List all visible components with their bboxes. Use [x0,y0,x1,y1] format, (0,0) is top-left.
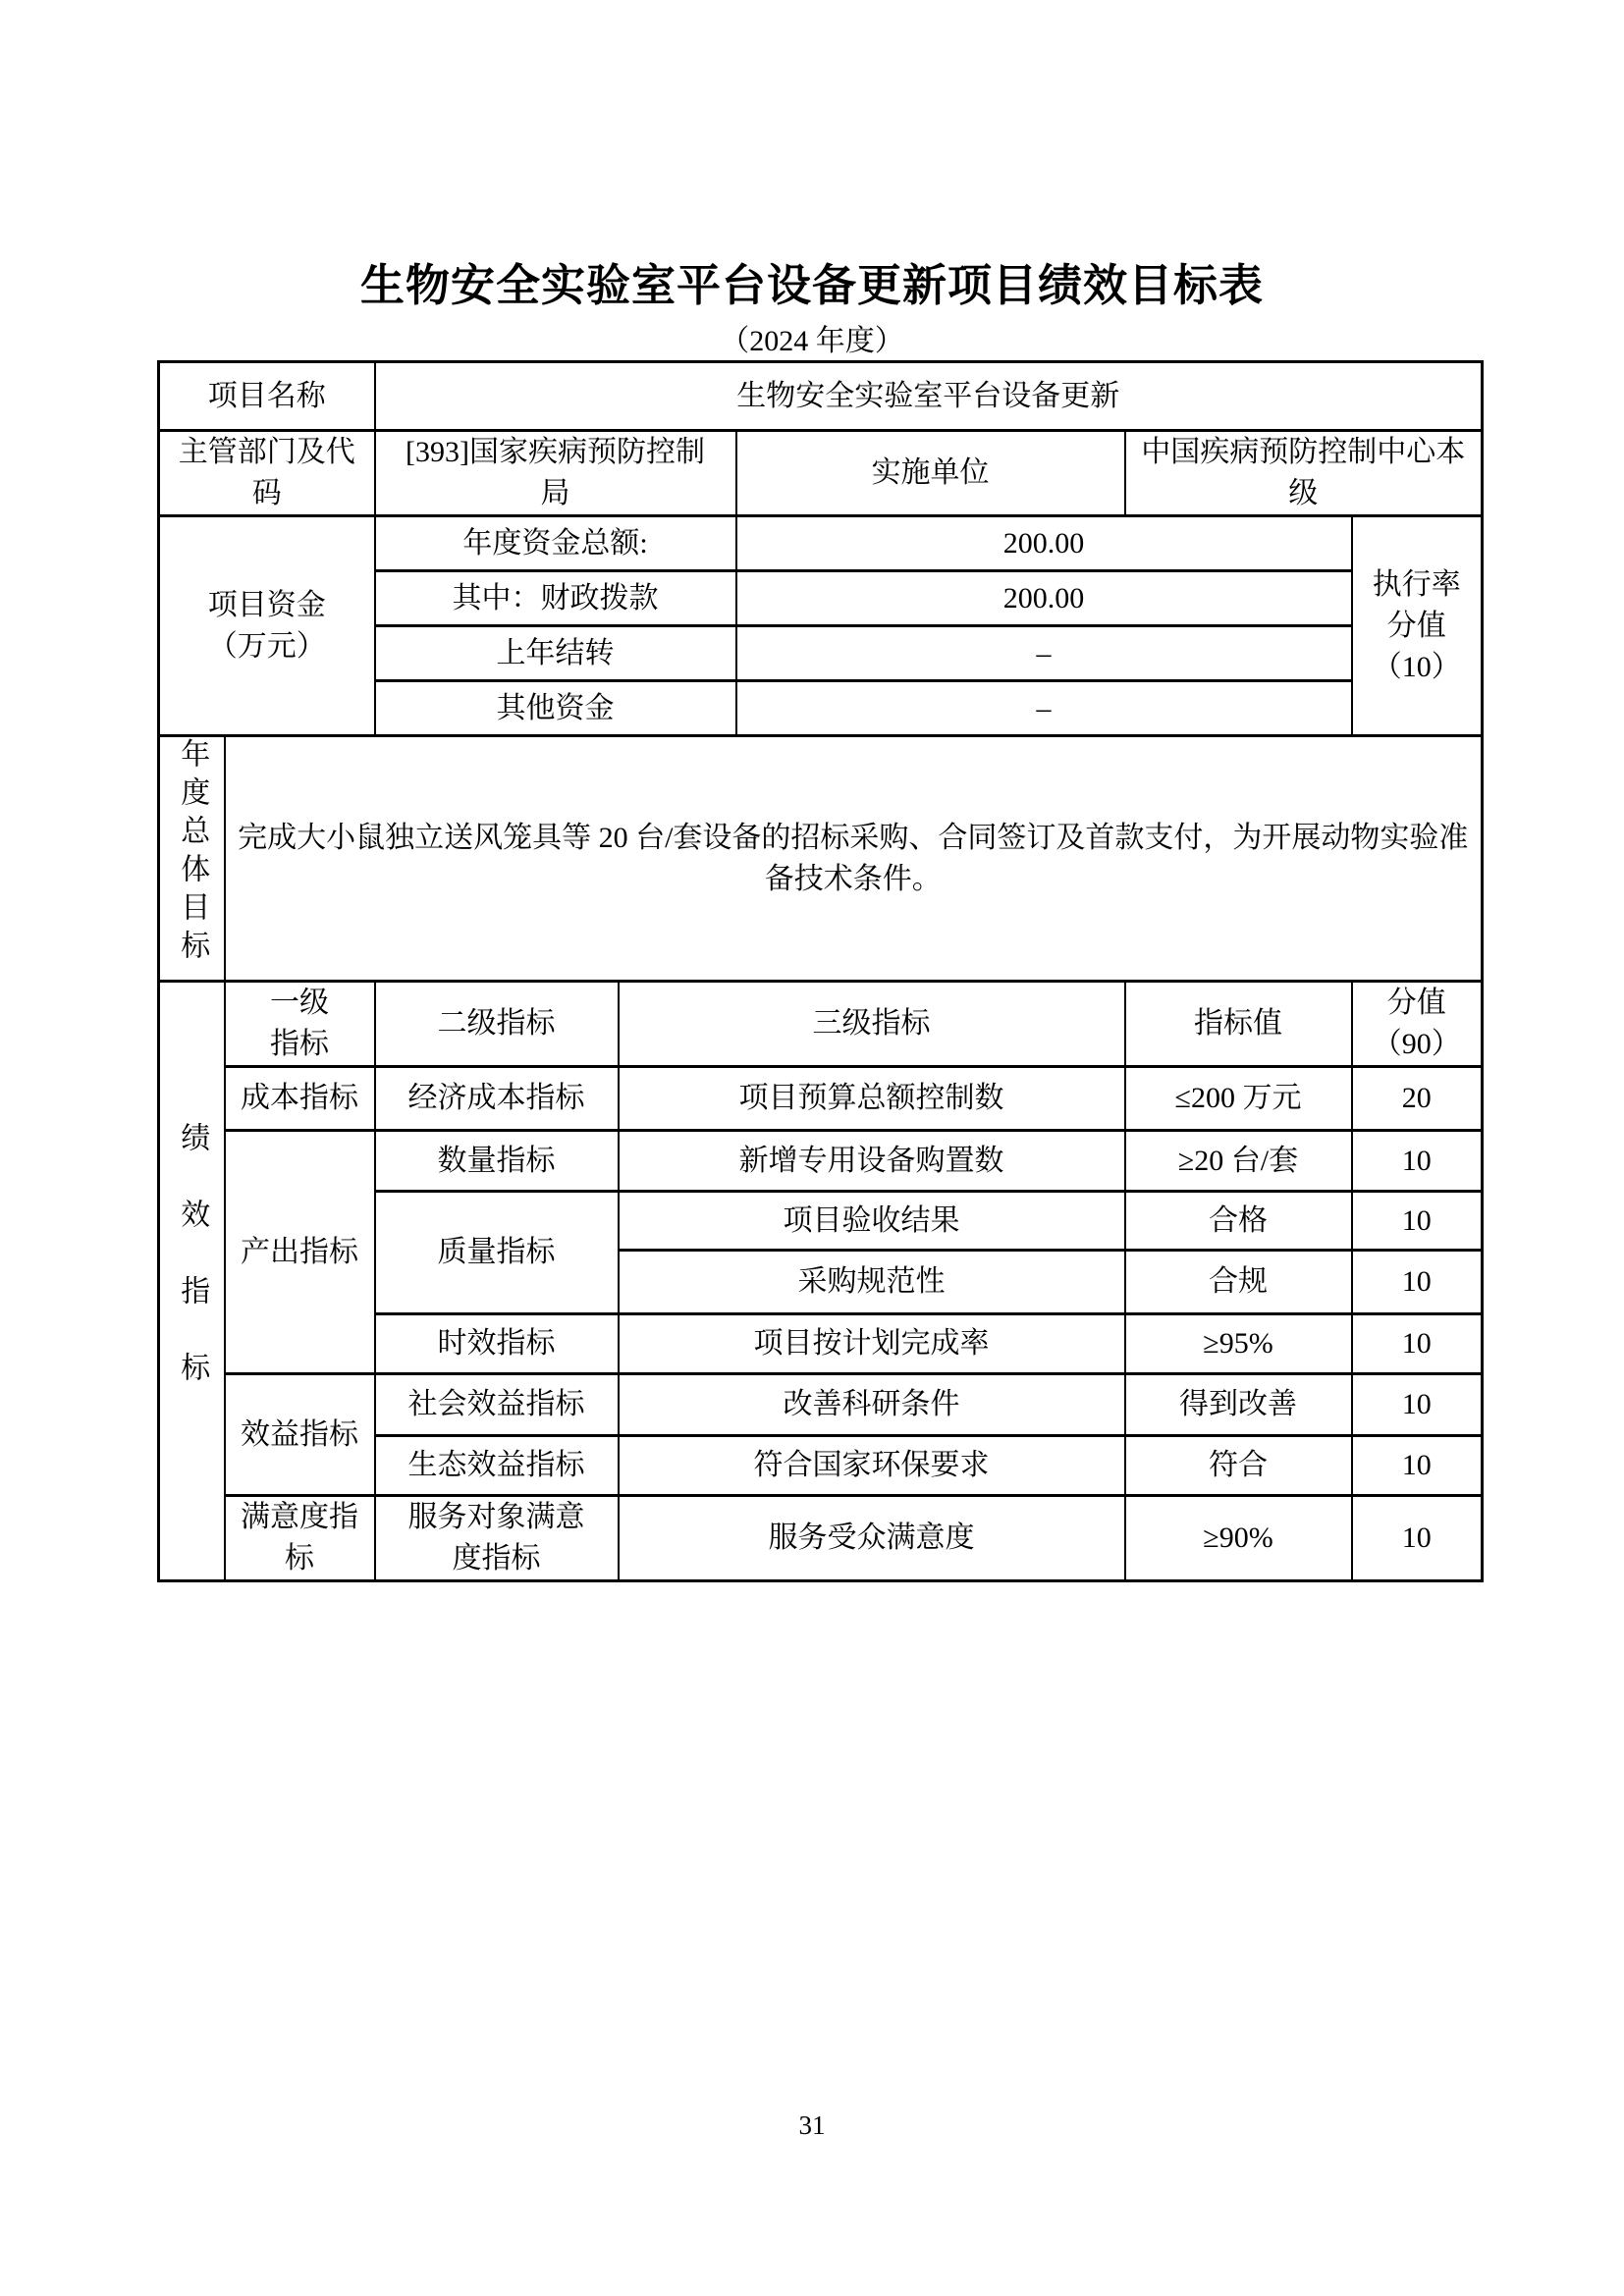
annual-goal-row: 年度总体目标 完成大小鼠独立送风笼具等 20 台/套设备的招标采购、合同签订及首… [159,736,1483,982]
score-cell: 10 [1352,1436,1483,1496]
level2-cell: 经济成本指标 [375,1067,619,1131]
department-label: 主管部门及代 码 [159,431,375,516]
level3-cell: 采购规范性 [619,1251,1125,1314]
department-value: [393]国家疾病预防控制 局 [375,431,736,516]
level2-cell: 生态效益指标 [375,1436,619,1496]
level1-satisfaction: 满意度指 标 [225,1496,375,1581]
page-number: 31 [0,2110,1624,2141]
indicator-row-cost: 成本指标 经济成本指标 项目预算总额控制数 ≤200 万元 20 [159,1067,1483,1131]
score-cell: 20 [1352,1067,1483,1131]
level3-cell: 改善科研条件 [619,1374,1125,1436]
annual-goal-label-cell: 年度总体目标 [159,736,225,982]
level1-benefit: 效益指标 [225,1374,375,1496]
indicator-row-quantity: 产出指标 数量指标 新增专用设备购置数 ≥20 台/套 10 [159,1131,1483,1192]
value-cell: 得到改善 [1125,1374,1352,1436]
performance-target-table: 项目名称 生物安全实验室平台设备更新 主管部门及代 码 [393]国家疾病预防控… [157,360,1484,1582]
annual-goal-label: 年度总体目标 [171,738,212,968]
level3-cell: 服务受众满意度 [619,1496,1125,1581]
funding-total-label: 年度资金总额: [375,516,736,571]
level2-quality: 质量指标 [375,1192,619,1314]
score-cell: 10 [1352,1192,1483,1251]
level3-cell: 项目按计划完成率 [619,1314,1125,1374]
level1-output: 产出指标 [225,1131,375,1374]
score-cell: 10 [1352,1251,1483,1314]
level3-cell: 新增专用设备购置数 [619,1131,1125,1192]
header-level1: 一级 指标 [225,982,375,1067]
funding-carryover-label: 上年结转 [375,626,736,681]
indicator-row-satisfaction: 满意度指 标 服务对象满意 度指标 服务受众满意度 ≥90% 10 [159,1496,1483,1581]
page-subtitle: （2024 年度） [0,316,1624,359]
page-title: 生物安全实验室平台设备更新项目绩效目标表 [0,249,1624,313]
department-row: 主管部门及代 码 [393]国家疾病预防控制 局 实施单位 中国疾病预防控制中心… [159,431,1483,516]
value-cell: ≤200 万元 [1125,1067,1352,1131]
indicator-header-row: 绩效指标 一级 指标 二级指标 三级指标 指标值 分值 （90） [159,982,1483,1067]
annual-goal-content: 完成大小鼠独立送风笼具等 20 台/套设备的招标采购、合同签订及首款支付，为开展… [225,736,1483,982]
score-cell: 10 [1352,1496,1483,1581]
funding-carryover-value: – [736,626,1352,681]
header-value: 指标值 [1125,982,1352,1067]
impl-unit-label: 实施单位 [736,431,1125,516]
level2-cell: 社会效益指标 [375,1374,619,1436]
header-score: 分值 （90） [1352,982,1483,1067]
project-name-row: 项目名称 生物安全实验室平台设备更新 [159,362,1483,431]
value-cell: ≥20 台/套 [1125,1131,1352,1192]
funding-label: 项目资金 （万元） [159,516,375,736]
value-cell: ≥95% [1125,1314,1352,1374]
level3-cell: 符合国家环保要求 [619,1436,1125,1496]
level2-cell: 时效指标 [375,1314,619,1374]
indicator-row-social: 效益指标 社会效益指标 改善科研条件 得到改善 10 [159,1374,1483,1436]
level3-cell: 项目预算总额控制数 [619,1067,1125,1131]
value-cell: ≥90% [1125,1496,1352,1581]
project-name-value: 生物安全实验室平台设备更新 [375,362,1483,431]
score-cell: 10 [1352,1374,1483,1436]
level2-cell: 服务对象满意 度指标 [375,1496,619,1581]
score-cell: 10 [1352,1314,1483,1374]
performance-indicators-label-cell: 绩效指标 [159,982,225,1581]
value-cell: 符合 [1125,1436,1352,1496]
score-cell: 10 [1352,1131,1483,1192]
header-level3: 三级指标 [619,982,1125,1067]
value-cell: 合规 [1125,1251,1352,1314]
impl-unit-value: 中国疾病预防控制中心本 级 [1125,431,1483,516]
execution-rate-label: 执行率 分值（10） [1352,516,1483,736]
header-level2: 二级指标 [375,982,619,1067]
funding-other-label: 其他资金 [375,681,736,736]
performance-indicators-label: 绩效指标 [171,1122,212,1428]
project-name-label: 项目名称 [159,362,375,431]
level2-cell: 数量指标 [375,1131,619,1192]
funding-other-value: – [736,681,1352,736]
level3-cell: 项目验收结果 [619,1192,1125,1251]
funding-appropriation-value: 200.00 [736,571,1352,626]
value-cell: 合格 [1125,1192,1352,1251]
level1-cost: 成本指标 [225,1067,375,1131]
funding-total-value: 200.00 [736,516,1352,571]
funding-row-total: 项目资金 （万元） 年度资金总额: 200.00 执行率 分值（10） [159,516,1483,571]
document-page: 生物安全实验室平台设备更新项目绩效目标表 （2024 年度） 项目名称 生物安全… [0,0,1624,2296]
funding-appropriation-label: 其中：财政拨款 [375,571,736,626]
